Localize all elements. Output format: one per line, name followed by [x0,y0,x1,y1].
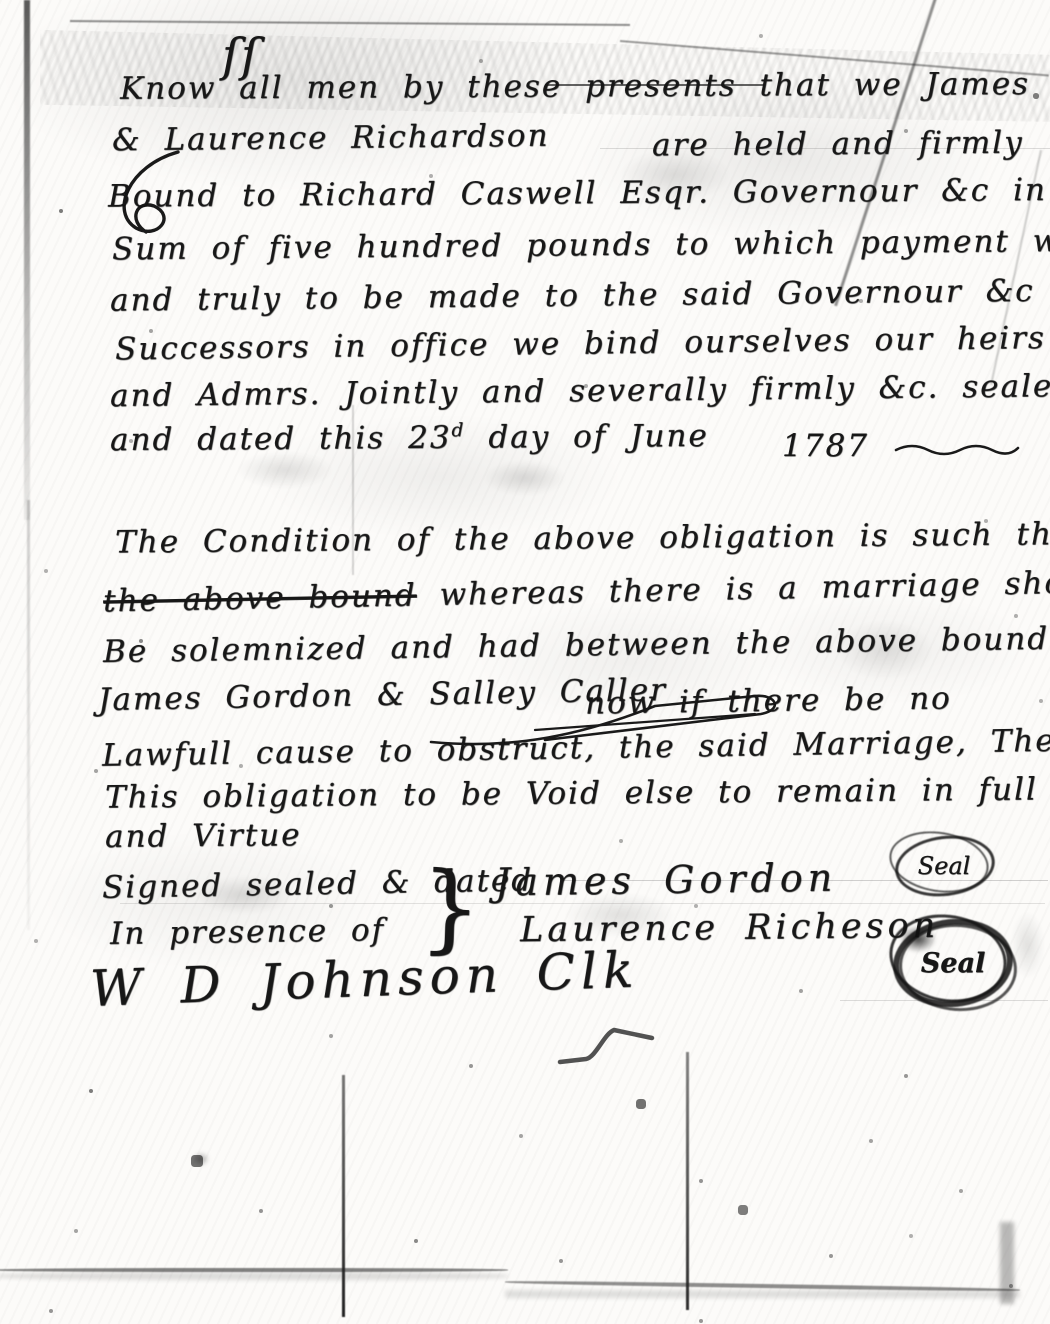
year-trailing-dash [892,438,1022,458]
signature-witness-clerk: W D Johnson Clk [89,940,640,1017]
stray-zigzag-mark [556,1022,666,1070]
scanned-marriage-bond-document: ſſ Know all men by these presents that w… [0,0,1050,1324]
bond-line-4: Sum of five hundred pounds to which paym… [112,223,1050,268]
bond-line-2-names: & Laurence Richardson [112,118,550,159]
condition-text: The Condition of the above obligation is… [115,516,1050,561]
paper-top-edge [70,20,630,26]
bond-year: 1787 [782,428,1022,464]
signature-james-gordon: James Gordon [495,856,838,905]
attestation-line-2: In presence of [110,912,385,952]
paper-bottom-edge-left [0,1268,508,1272]
struck-phrase: the above bound [103,577,417,619]
ink-blotch [190,1150,212,1168]
condition-couple-names: James Gordon & Salley Caller [98,672,667,718]
condition-line-6: This obligation to be Void else to remai… [105,770,1050,815]
date-day-ordinal: d [451,420,465,441]
date-month: day of June [488,418,709,456]
stain [470,455,580,501]
bond-line-1: Know all men by these presents that we J… [120,65,1050,107]
paper-left-edge [24,0,30,520]
bond-line-6: Successors in office we bind ourselves o… [115,319,1050,368]
condition-line-1: The Condition of the above obligation is… [115,516,1050,561]
condition-line-4: now if there be no [585,680,952,721]
fold-crease-vertical-right [686,1052,689,1310]
condition-line-3: Be solemnized and had between the above … [103,620,1050,670]
fold-crease-vertical-left [342,1075,345,1317]
paper-bottom-edge-right [505,1280,1020,1292]
bond-line-2-continued: are held and firmly [652,125,1024,164]
condition-line-7: and Virtue [105,817,302,855]
bond-line-7: and Admrs. Jointly and severally firmly … [110,368,1050,414]
paper-bottom-edge-shadow [505,1290,1020,1298]
year-value: 1787 [782,428,869,464]
condition-line-5: Lawfull cause to obstruct, the said Marr… [102,722,1050,773]
date-prefix: and dated this [110,420,385,458]
condition-line-2: the above bound whereas there is a marri… [103,563,1050,620]
paper-bottom-edge-shadow [0,1272,508,1280]
paper-corner-streak [1000,1222,1014,1304]
bond-line-5: and truly to be made to the said Governo… [110,271,1050,318]
wax-seal-scribble-2: Seal [891,916,1015,1010]
condition-text: whereas there is a marriage shortly to [416,563,1050,614]
bond-line-3: Bound to Richard Caswell Esqr. Governour… [108,171,1050,214]
paper-left-edge-faint [27,500,30,930]
wax-seal-scribble-1: Seal [893,834,995,898]
seal-label: Seal [921,948,985,979]
bond-line-8-date: and dated this 23d day of June [110,418,709,458]
seal-label: Seal [918,852,971,880]
paper-speckles [0,0,2,2]
date-day: 23 [408,420,452,456]
